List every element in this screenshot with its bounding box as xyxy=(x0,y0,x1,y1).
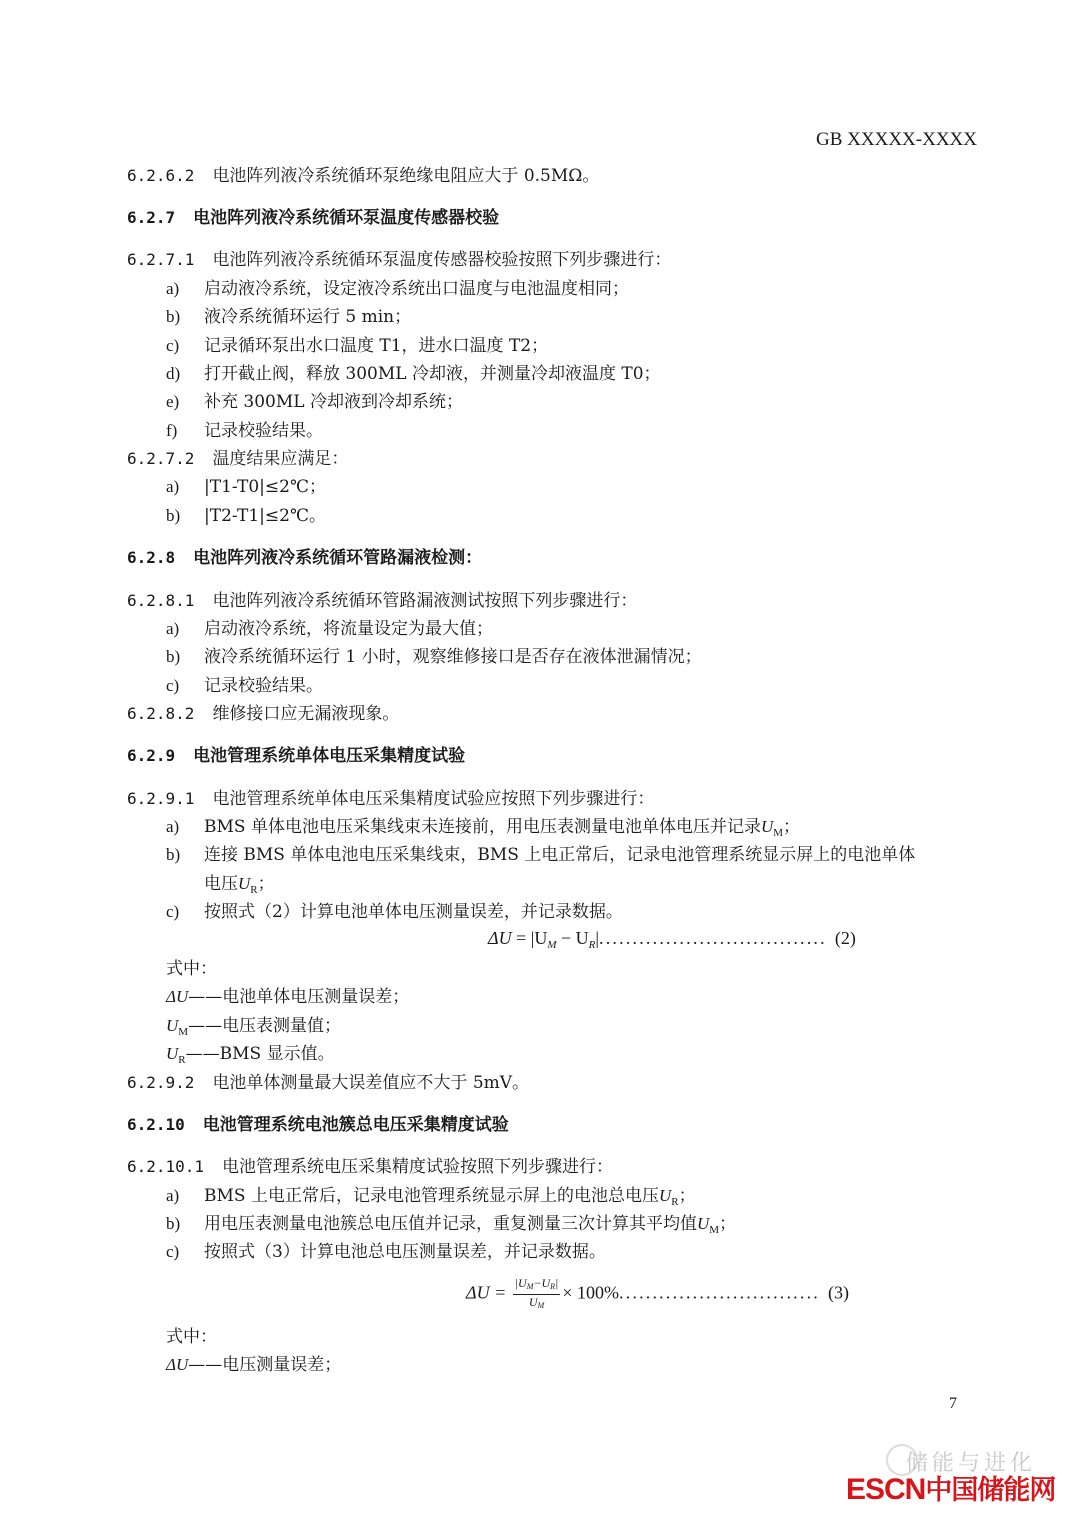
subscript: R xyxy=(178,1054,185,1066)
clause-number: 6.2.9.1 xyxy=(127,788,194,810)
definition-text: ——BMS 显示值。 xyxy=(186,1044,335,1064)
symbol: U xyxy=(166,1016,178,1035)
list-item: b)液冷系统循环运行 1 小时，观察维修接口是否存在液体泄漏情况； xyxy=(166,646,702,668)
watermark-faded-text: 储能与进化 xyxy=(906,1446,1036,1477)
item-label: c) xyxy=(166,335,204,357)
clause-number: 6.2.7.2 xyxy=(127,448,194,470)
subscript: R xyxy=(250,884,257,896)
subscript: M xyxy=(178,1026,188,1038)
heading-6-2-8: 6.2.8电池阵列液冷系统循环管路漏液检测： xyxy=(127,547,482,569)
list-item: b)液冷系统循环运行 5 min； xyxy=(166,306,411,328)
item-text: 电压 xyxy=(204,874,238,894)
list-item: c)按照式（2）计算电池单体电压测量误差，并记录数据。 xyxy=(166,901,623,923)
formula-ref: (3) xyxy=(828,1283,849,1303)
document-page: GB XXXXX-XXXX 6.2.6.2电池阵列液冷系统循环泵绝缘电阻应大于 … xyxy=(0,0,1080,1528)
num-part: |U xyxy=(515,1276,527,1290)
fraction: |UM−UR|UM xyxy=(513,1276,561,1313)
formula-ref: (2) xyxy=(835,928,856,948)
list-item: b)用电压表测量电池簇总电压值并记录，重复测量三次计算其平均值UM； xyxy=(166,1213,736,1241)
item-text: |T1-T0|≤2℃； xyxy=(204,477,326,497)
denominator: UM xyxy=(513,1295,561,1313)
clause-6-2-8-1: 6.2.8.1电池阵列液冷系统循环管路漏液测试按照下列步骤进行： xyxy=(127,590,637,612)
heading-title: 电池管理系统电池簇总电压采集精度试验 xyxy=(203,1115,509,1135)
item-text: BMS 单体电池电压采集线束未连接前，用电压表测量电池单体电压并记录 xyxy=(204,817,761,837)
item-label: c) xyxy=(166,1241,204,1263)
item-text: 液冷系统循环运行 1 小时，观察维修接口是否存在液体泄漏情况； xyxy=(204,647,702,667)
item-text: 记录校验结果。 xyxy=(204,421,323,441)
variable: U xyxy=(238,874,250,893)
punctuation: ； xyxy=(679,1186,696,1206)
watermark-brand: ESCN xyxy=(846,1473,925,1506)
den-part: U xyxy=(529,1295,538,1309)
heading-6-2-9: 6.2.9电池管理系统单体电压采集精度试验 xyxy=(127,745,465,767)
subscript: M xyxy=(709,1224,719,1236)
definition-text: ——电压测量误差； xyxy=(188,1355,341,1375)
item-text: 用电压表测量电池簇总电压值并记录，重复测量三次计算其平均值 xyxy=(204,1214,697,1234)
definition: UR——BMS 显示值。 xyxy=(166,1043,335,1071)
item-label: b) xyxy=(166,306,204,328)
list-item: b)|T2-T1|≤2℃。 xyxy=(166,505,326,527)
clause-number: 6.2.8.2 xyxy=(127,703,194,725)
list-item: f)记录校验结果。 xyxy=(166,420,323,442)
clause-6-2-10-1: 6.2.10.1电池管理系统电压采集精度试验按照下列步骤进行： xyxy=(127,1156,613,1178)
list-item: c)记录循环泵出水口温度 T1，进水口温度 T2； xyxy=(166,335,548,357)
list-item-continuation: 电压UR； xyxy=(204,873,275,901)
item-label: b) xyxy=(166,646,204,668)
item-label: a) xyxy=(166,1185,204,1207)
leader-dots: .............................. xyxy=(619,1283,820,1303)
page-number: 7 xyxy=(949,1395,957,1413)
list-item: d)打开截止阀，释放 300ML 冷却液，并测量冷却液温度 T0； xyxy=(166,363,661,385)
item-label: a) xyxy=(166,476,204,498)
subscript: M xyxy=(538,1301,545,1310)
clause-text: 电池阵列液冷系统循环管路漏液测试按照下列步骤进行： xyxy=(212,591,637,611)
item-label: d) xyxy=(166,363,204,385)
item-text: 连接 BMS 单体电池电压采集线束，BMS 上电正常后，记录电池管理系统显示屏上… xyxy=(204,845,915,865)
clause-number: 6.2.9.2 xyxy=(127,1072,194,1094)
definition: UM——电压表测量值； xyxy=(166,1015,341,1043)
item-label: f) xyxy=(166,420,204,442)
watermark-name: 中国储能网 xyxy=(925,1475,1055,1506)
formula-lhs: ΔU = xyxy=(466,1283,511,1303)
definition-text: ——电压表测量值； xyxy=(188,1016,341,1036)
item-label: b) xyxy=(166,1213,204,1235)
clause-number: 6.2.6.2 xyxy=(127,165,194,187)
subscript: M xyxy=(547,939,556,951)
list-item: c)按照式（3）计算电池总电压测量误差，并记录数据。 xyxy=(166,1241,606,1263)
heading-title: 电池阵列液冷系统循环管路漏液检测： xyxy=(193,548,482,568)
item-text: 记录校验结果。 xyxy=(204,676,323,696)
list-item: a)BMS 上电正常后，记录电池管理系统显示屏上的电池总电压UR； xyxy=(166,1185,696,1213)
clause-6-2-7-1: 6.2.7.1电池阵列液冷系统循环泵温度传感器校验按照下列步骤进行： xyxy=(127,249,671,271)
where-label: 式中： xyxy=(166,958,217,980)
clause-6-2-9-2: 6.2.9.2电池单体测量最大误差值应不大于 5mV。 xyxy=(127,1072,529,1094)
list-item: a)|T1-T0|≤2℃； xyxy=(166,476,326,498)
heading-number: 6.2.10 xyxy=(127,1114,185,1136)
clause-text: 电池管理系统电压采集精度试验按照下列步骤进行： xyxy=(222,1157,613,1177)
item-text: |T2-T1|≤2℃。 xyxy=(204,506,326,526)
heading-title: 电池管理系统单体电压采集精度试验 xyxy=(193,746,465,766)
leader-dots: .................................. xyxy=(599,928,827,948)
item-label: b) xyxy=(166,505,204,527)
heading-6-2-10: 6.2.10电池管理系统电池簇总电压采集精度试验 xyxy=(127,1114,509,1136)
formula-lhs: ΔU xyxy=(488,928,512,948)
item-text: 启动液冷系统，设定液冷系统出口温度与电池温度相同； xyxy=(204,279,629,299)
punctuation: ； xyxy=(258,874,275,894)
symbol: ΔU xyxy=(166,987,188,1006)
list-item: b)连接 BMS 单体电池电压采集线束，BMS 上电正常后，记录电池管理系统显示… xyxy=(166,844,915,866)
heading-6-2-7: 6.2.7电池阵列液冷系统循环泵温度传感器校验 xyxy=(127,207,499,229)
subscript: R xyxy=(671,1196,678,1208)
heading-number: 6.2.9 xyxy=(127,745,175,767)
formula-2: ΔU = |UM − UR|..........................… xyxy=(488,928,856,951)
clause-6-2-8-2: 6.2.8.2维修接口应无漏液现象。 xyxy=(127,703,399,725)
standard-code: GB XXXXX-XXXX xyxy=(816,129,977,151)
symbol: ΔU xyxy=(166,1355,188,1374)
list-item: e)补充 300ML 冷却液到冷却系统； xyxy=(166,391,463,413)
item-label: c) xyxy=(166,901,204,923)
formula-eq: = |U xyxy=(512,928,548,948)
item-text: 启动液冷系统，将流量设定为最大值； xyxy=(204,619,493,639)
item-text: 补充 300ML 冷却液到冷却系统； xyxy=(204,392,463,412)
item-text: 按照式（3）计算电池总电压测量误差，并记录数据。 xyxy=(204,1242,606,1262)
definition: ΔU——电池单体电压测量误差； xyxy=(166,986,409,1008)
subscript: M xyxy=(773,827,783,839)
clause-number: 6.2.10.1 xyxy=(127,1156,204,1178)
heading-title: 电池阵列液冷系统循环泵温度传感器校验 xyxy=(193,208,499,228)
item-text: 打开截止阀，释放 300ML 冷却液，并测量冷却液温度 T0； xyxy=(204,364,661,384)
item-text: 液冷系统循环运行 5 min； xyxy=(204,307,411,327)
punctuation: ； xyxy=(783,817,800,837)
variable: U xyxy=(659,1186,671,1205)
item-label: c) xyxy=(166,675,204,697)
where-label: 式中： xyxy=(166,1326,217,1348)
item-label: e) xyxy=(166,391,204,413)
clause-text: 电池阵列液冷系统循环泵温度传感器校验按照下列步骤进行： xyxy=(212,250,671,270)
clause-text: 维修接口应无漏液现象。 xyxy=(212,704,399,724)
variable: U xyxy=(761,817,773,836)
definition-text: ——电池单体电压测量误差； xyxy=(188,987,409,1007)
item-label: b) xyxy=(166,844,204,866)
clause-text: 温度结果应满足： xyxy=(212,449,348,469)
clause-number: 6.2.7.1 xyxy=(127,249,194,271)
list-item: c)记录校验结果。 xyxy=(166,675,323,697)
clause-6-2-6-2: 6.2.6.2电池阵列液冷系统循环泵绝缘电阻应大于 0.5MΩ。 xyxy=(127,165,599,187)
num-part: −U xyxy=(533,1276,550,1290)
clause-text: 电池管理系统单体电压采集精度试验应按照下列步骤进行： xyxy=(212,789,654,809)
formula-minus: − U xyxy=(557,928,589,948)
numerator: |UM−UR| xyxy=(513,1276,561,1295)
variable: U xyxy=(697,1214,709,1233)
escn-watermark: 储能与进化 ESCN中国储能网 xyxy=(846,1468,1055,1508)
list-item: a)BMS 单体电池电压采集线束未连接前，用电压表测量电池单体电压并记录UM； xyxy=(166,816,800,844)
item-label: a) xyxy=(166,618,204,640)
item-label: a) xyxy=(166,816,204,838)
formula-rhs: × 100% xyxy=(562,1283,619,1303)
formula-3: ΔU = |UM−UR|UM× 100%....................… xyxy=(466,1276,849,1313)
list-item: a)启动液冷系统，将流量设定为最大值； xyxy=(166,618,493,640)
heading-number: 6.2.8 xyxy=(127,547,175,569)
item-text: 按照式（2）计算电池单体电压测量误差，并记录数据。 xyxy=(204,902,623,922)
num-part: | xyxy=(555,1276,558,1290)
clause-text: 电池单体测量最大误差值应不大于 5mV。 xyxy=(212,1073,529,1093)
list-item: a)启动液冷系统，设定液冷系统出口温度与电池温度相同； xyxy=(166,278,629,300)
item-label: a) xyxy=(166,278,204,300)
clause-6-2-9-1: 6.2.9.1电池管理系统单体电压采集精度试验应按照下列步骤进行： xyxy=(127,788,654,810)
symbol: U xyxy=(166,1044,178,1063)
item-text: BMS 上电正常后，记录电池管理系统显示屏上的电池总电压 xyxy=(204,1186,659,1206)
definition: ΔU——电压测量误差； xyxy=(166,1354,341,1376)
clause-text: 电池阵列液冷系统循环泵绝缘电阻应大于 0.5MΩ。 xyxy=(212,166,599,186)
clause-6-2-7-2: 6.2.7.2温度结果应满足： xyxy=(127,448,348,470)
heading-number: 6.2.7 xyxy=(127,207,175,229)
item-text: 记录循环泵出水口温度 T1，进水口温度 T2； xyxy=(204,336,548,356)
clause-number: 6.2.8.1 xyxy=(127,590,194,612)
punctuation: ； xyxy=(719,1214,736,1234)
